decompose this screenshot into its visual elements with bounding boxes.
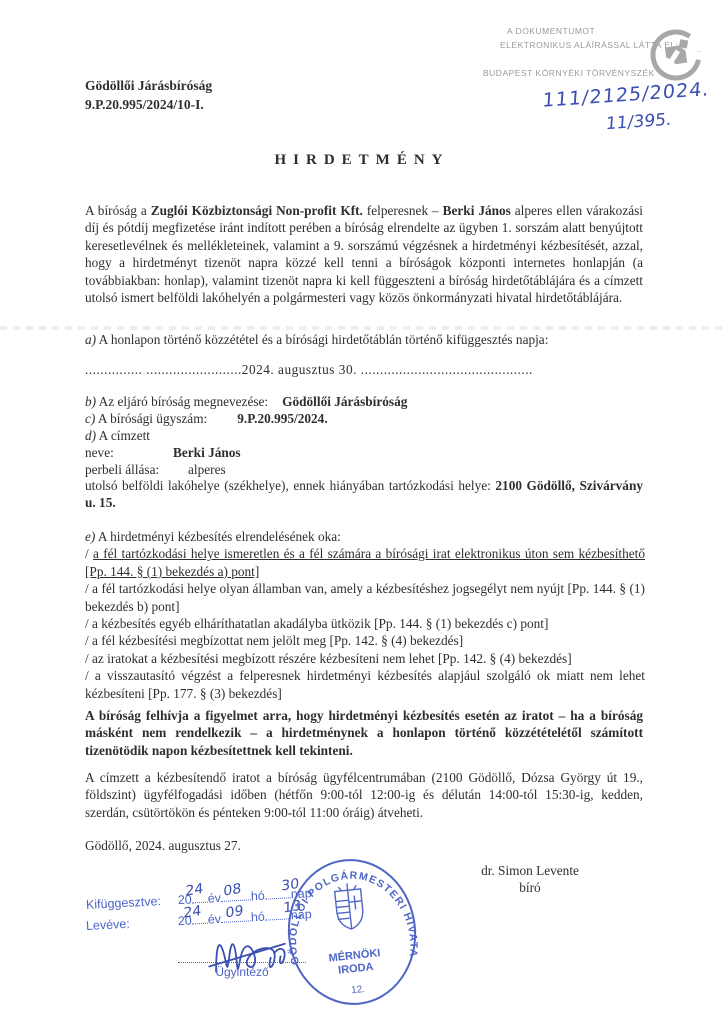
item-b-text: Az eljáró bíróság megnevezése: [96,394,268,409]
slash-mark: / [85,616,92,631]
item-e: e) A hirdetményi kézbesítés elrendelésén… [85,528,645,545]
intro-text-1: A bíróság a [85,203,151,218]
judge-name: dr. Simon Levente [455,862,605,879]
item-e-block: e) A hirdetményi kézbesítés elrendelésén… [85,528,645,702]
posted-ev: év [207,891,221,906]
court-name: Gödöllői Járásbíróság [85,76,212,95]
intro-paragraph: A bíróság a Zuglói Közbiztonsági Non-pro… [85,202,643,306]
handwritten-filing-number-2: 11/395. [605,110,672,135]
posted-handwritten-month: 08 [223,881,241,900]
reason-item: / az iratokat a kézbesítési megbízott ré… [85,650,645,667]
reason-text: a visszautasító végzést a felperesnek hi… [85,668,645,700]
removed-handwritten-year: 24 [183,903,201,922]
reason-text: az iratokat a kézbesítési megbízott rész… [92,651,572,666]
publication-date: 2024. augusztus 30. [242,362,361,377]
item-a-label: a) [85,332,96,347]
item-a-text: A honlapon történő közzététel és a bírós… [96,332,548,347]
removed-ev: év [207,912,221,927]
date-dots-right: ........................................… [361,362,533,377]
judge-block: dr. Simon Levente bíró [455,862,605,896]
item-c-label: c) [85,411,95,426]
scan-artifact-band [0,326,724,330]
role-label: perbeli állása: [85,461,188,478]
slash-mark: / [85,651,92,666]
removed-handwritten-month: 09 [225,903,243,922]
notice-paragraph: A bíróság felhívja a figyelmet arra, hog… [85,707,643,759]
addressee-role-row: perbeli állása:alperes [85,461,643,478]
intro-text-3: alperes ellen várakozási díj és pótdíj m… [85,203,643,305]
court-header: Gödöllői Járásbíróság 9.P.20.995/2024/10… [85,76,212,114]
addressee-name-row: neve:Berki János [85,444,643,461]
posted-handwritten-year: 24 [185,881,203,900]
document-title: HIRDETMÉNY [0,152,724,169]
plaintiff-name: Zuglói Közbiztonsági Non-profit Kft. [151,203,363,218]
case-number: 9.P.20.995/2024/10-I. [85,95,212,114]
posted-label: Kifüggesztve: [86,893,179,912]
item-e-label: e) [85,529,95,544]
judge-title: bíró [455,879,605,896]
publication-date-line: ............... ........................… [85,362,643,378]
defendant-name: Berki János [443,203,511,218]
pickup-paragraph: A címzett a kézbesítendő iratot a bírósá… [85,769,643,821]
item-d: d) A címzett [85,427,643,444]
posted-ho: hó [251,889,266,904]
esign-line3: BUDAPEST KÖRNYÉKI TÖRVÉNYSZÉK [483,68,655,78]
stamp-office-line2: IRODA [338,961,375,977]
reason-text: a kézbesítés egyéb elháríthatatlan akadá… [92,616,548,631]
address-text: utolsó belföldi lakóhelye (székhelye), e… [85,478,495,493]
stamp-office-line1: MÉRNÖKI [328,946,381,964]
reason-text: a fél kézbesítési megbízottat nem jelölt… [92,633,463,648]
item-d-text: A címzett [96,428,150,443]
item-c-text: A bírósági ügyszám: [95,411,207,426]
court-name-value: Gödöllői Járásbíróság [282,394,407,409]
item-c: c) A bírósági ügyszám:9.P.20.995/2024. [85,410,643,427]
removed-ho: hó [251,910,266,925]
date-dots-left: ............... ........................… [85,362,242,377]
item-a: a) A honlapon történő közzététel és a bí… [85,331,643,348]
reason-text: a fél tartózkodási helye olyan államban … [85,581,645,613]
addressee-address-row: utolsó belföldi lakóhelye (székhelye), e… [85,477,643,512]
reason-item: / a kézbesítés egyéb elháríthatatlan aka… [85,615,645,632]
role-value: alperes [188,462,226,477]
item-b-label: b) [85,394,96,409]
stamp-number: 12. [351,984,366,996]
reason-item: / a fél kézbesítési megbízottat nem jelö… [85,632,645,649]
court-logo-icon [648,26,704,84]
name-label: neve: [85,444,173,461]
place-date: Gödöllő, 2024. augusztus 27. [85,837,241,854]
removed-label: Levéve: [86,914,179,933]
reason-item: / a fél tartózkodási helye olyan államba… [85,580,645,615]
reason-item: / a visszautasító végzést a felperesnek … [85,667,645,702]
reason-item: / a fél tartózkodási helye ismeretlen és… [85,545,645,580]
item-d-label: d) [85,428,96,443]
reason-text: a fél tartózkodási helye ismeretlen és a… [85,546,645,578]
municipal-round-stamp: GÖDÖLLŐI POLGÁRMESTERI HIVATAL MÉRNÖKI I… [281,852,423,1012]
intro-text-2: felperesnek – [363,203,443,218]
slash-mark: / [85,668,95,683]
item-e-text: A hirdetményi kézbesítés elrendelésének … [95,529,341,544]
slash-mark: / [85,546,93,561]
document-page: Gödöllői Járásbíróság 9.P.20.995/2024/10… [0,0,724,1024]
esign-line1: A DOKUMENTUMOT [507,26,595,36]
handwritten-filing-number: 111/2125/2024. [542,78,711,112]
item-b: b) Az eljáró bíróság megnevezése:Gödöllő… [85,393,643,410]
slash-mark: / [85,633,92,648]
name-value: Berki János [173,445,241,460]
case-number-value: 9.P.20.995/2024. [237,411,327,426]
